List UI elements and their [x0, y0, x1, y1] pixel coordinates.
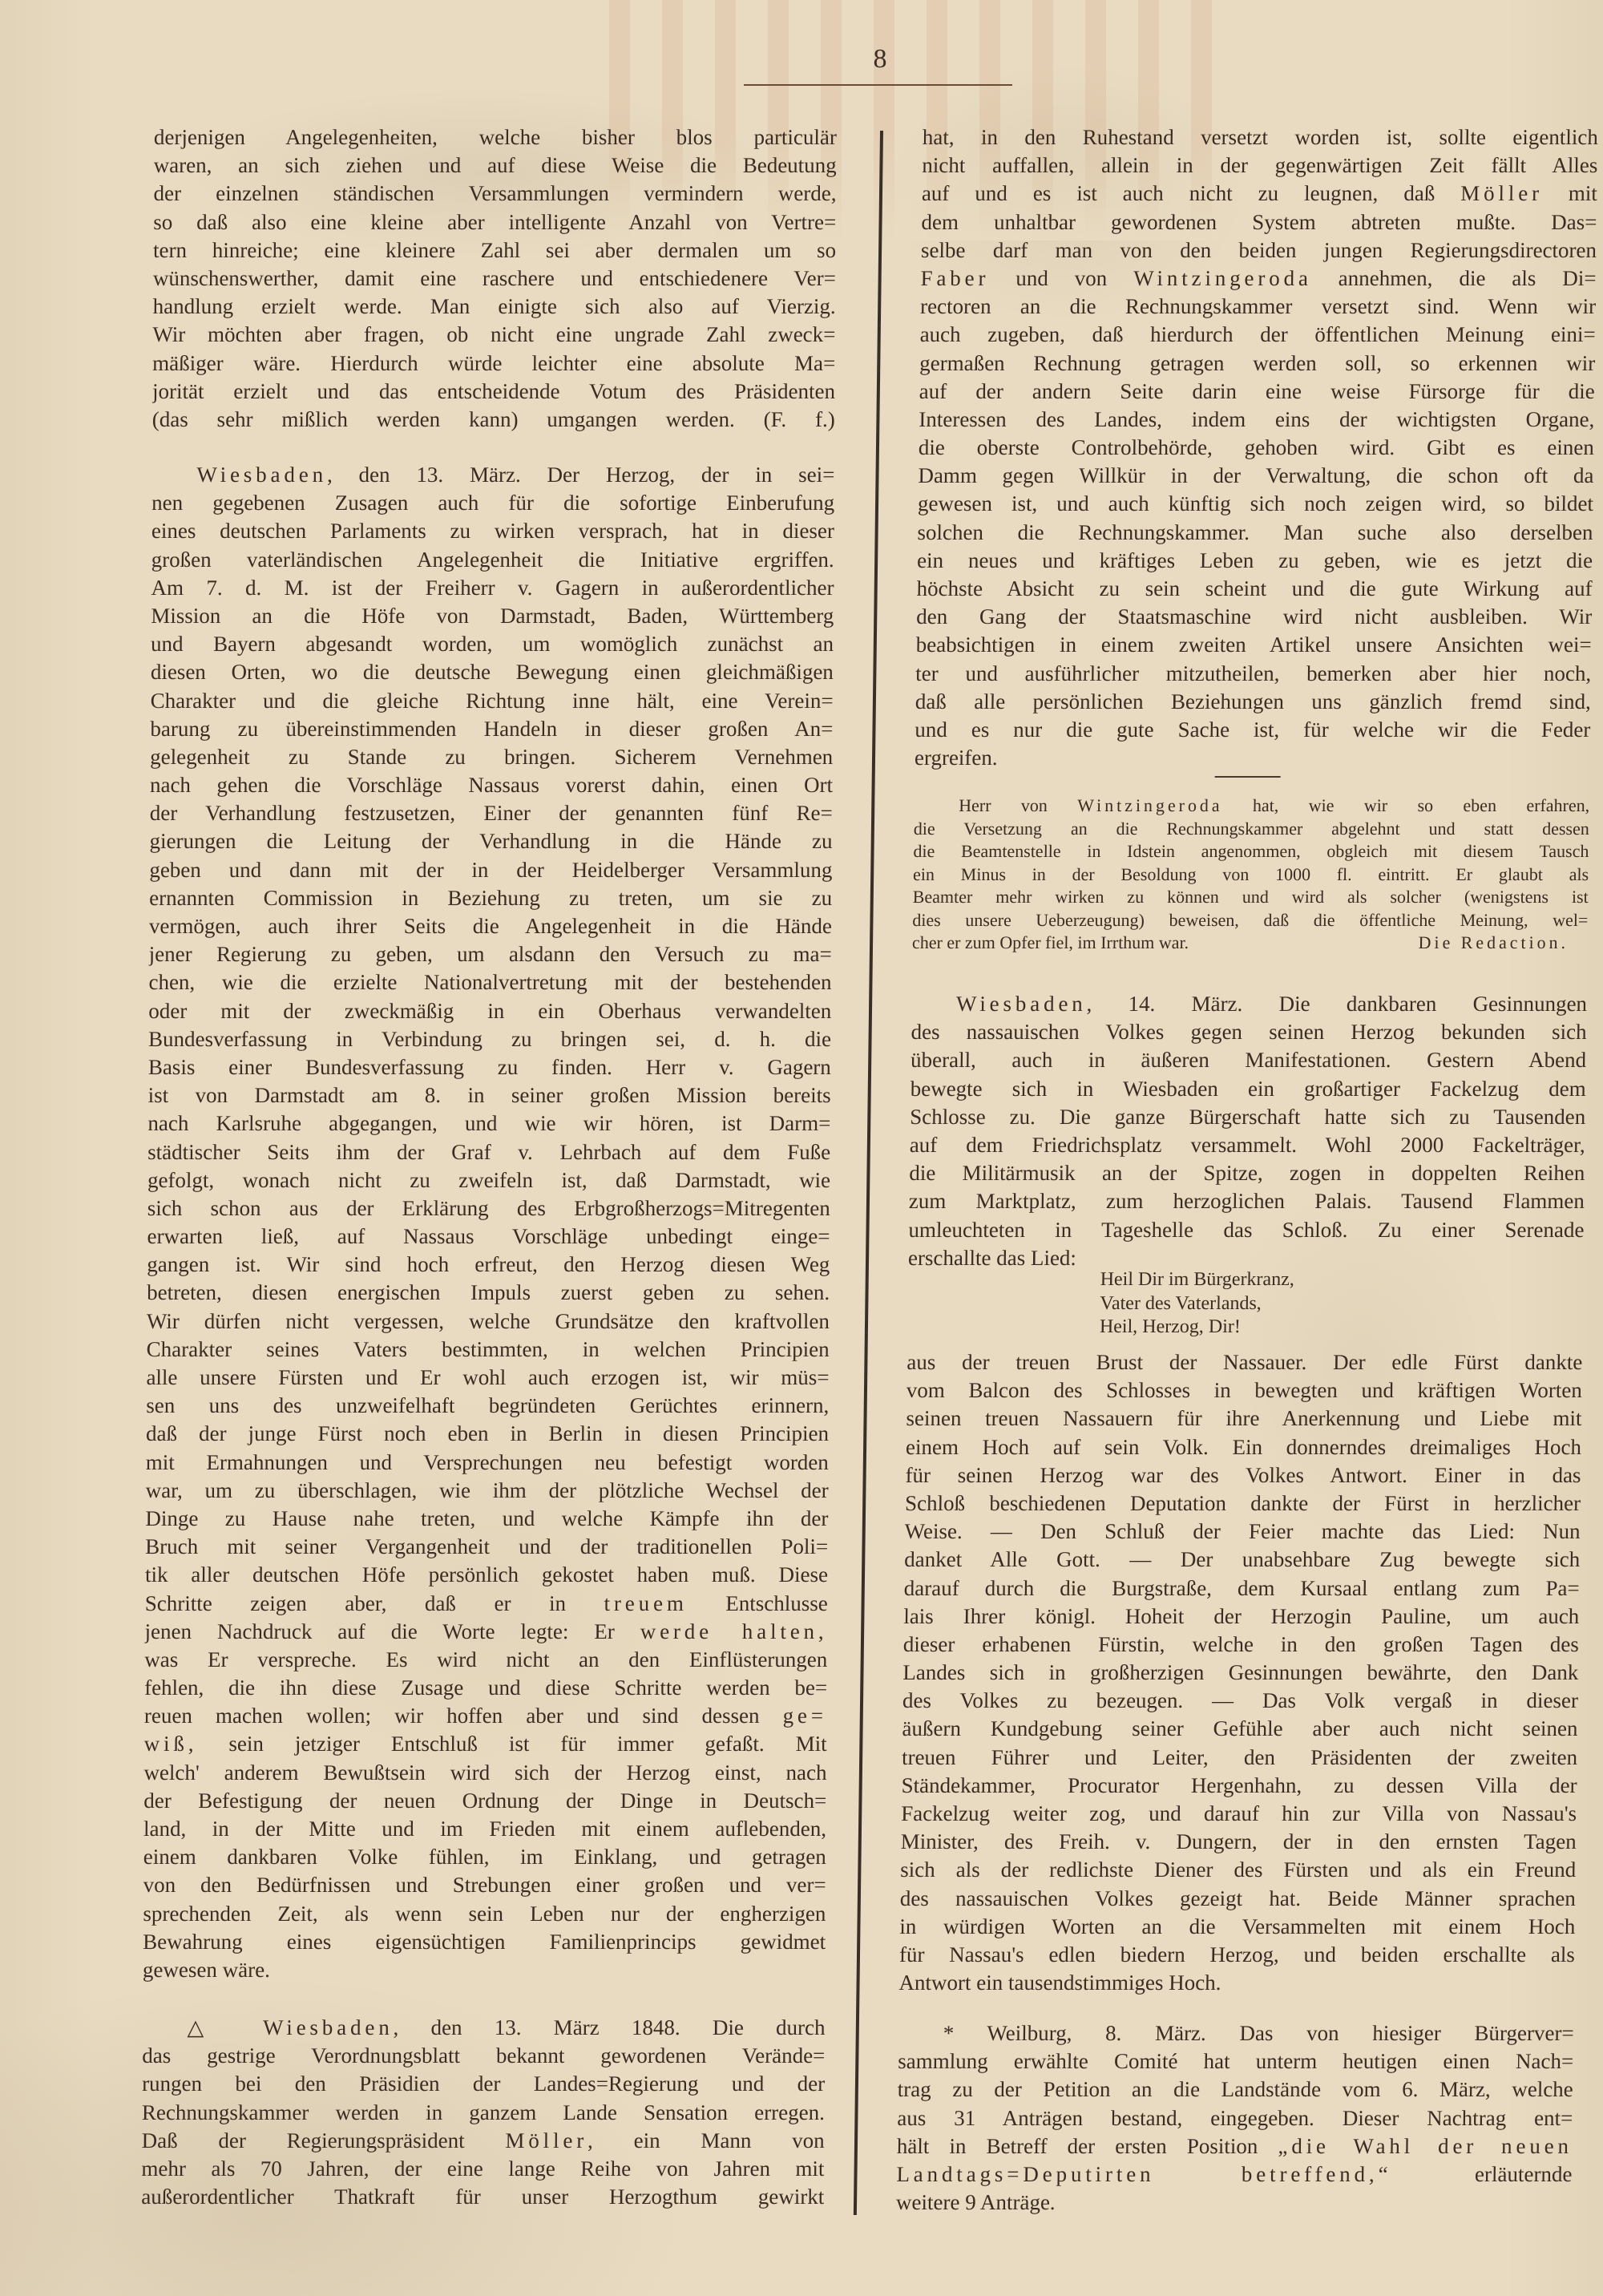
text-segment: für Nassau's edlen biedern Herzog, und b…: [899, 1942, 1575, 1967]
text-segment: germaßen Rechnung getragen werden soll, …: [919, 351, 1595, 375]
text-segment: erwarten ließ, auf Nassaus Vorschläge un…: [147, 1224, 830, 1248]
text-line: waren, an sich ziehen und auf diese Weis…: [154, 152, 837, 180]
text-line: reuen machen wollen; wir hoffen aber und…: [144, 1702, 827, 1730]
text-line: Faber und von Wintzingeroda annehmen, di…: [920, 265, 1596, 293]
text-line: bewegte sich in Wiesbaden ein großartige…: [910, 1075, 1585, 1103]
text-line: erwarten ließ, auf Nassaus Vorschläge un…: [147, 1223, 830, 1251]
text-line: überall, auch in äußeren Manifestationen…: [911, 1046, 1586, 1074]
text-line: barung zu übereinstimmenden Handeln in d…: [150, 715, 833, 743]
text-segment: ein neues und kräftiges Leben zu geben, …: [917, 548, 1593, 572]
text-segment: Mission an die Höfe von Darmstadt, Baden…: [151, 604, 834, 628]
text-segment: die Militärmusik an der Spitze, zogen in…: [909, 1161, 1585, 1185]
text-line: in würdigen Worten an die Versammelten m…: [899, 1913, 1575, 1941]
text-segment: * Weilburg, 8. März. Das von hiesiger Bü…: [943, 2021, 1573, 2045]
text-line: rectoren an die Rechnungskammer versetzt…: [920, 293, 1596, 321]
text-segment: ist von Darmstadt am 8. in seiner großen…: [148, 1083, 831, 1107]
text-segment: der Verhandlung festzusetzen, Einer der …: [150, 801, 833, 825]
text-segment: Heil, Herzog, Dir!: [1100, 1316, 1241, 1337]
text-line: mehr als 70 Jahren, der eine lange Reihe…: [141, 2155, 824, 2183]
text-line: und es nur die gute Sache ist, für welch…: [915, 716, 1590, 744]
text-segment: gangen ist. Wir sind hoch erfreut, den H…: [147, 1252, 830, 1276]
emphasized-text: „die Wahl der neuen: [1278, 2134, 1573, 2158]
text-line: Bewahrung eines eigensüchtigen Familienp…: [143, 1928, 826, 1956]
text-segment: äußern Kundgebung seiner Gefühle aber au…: [902, 1716, 1577, 1740]
text-segment: in würdigen Worten an die Versammelten m…: [899, 1914, 1575, 1938]
text-line: Beamter mehr wirken zu können und wird a…: [913, 886, 1589, 909]
text-segment: die oberste Controlbehörde, gehoben wird…: [919, 435, 1594, 459]
text-segment: die Versetzung an die Rechnungskammer ab…: [914, 819, 1589, 839]
text-line: von den Bedürfnissen und Strebungen eine…: [143, 1871, 826, 1899]
text-segment: dem unhaltbar gewordenen System abtreten…: [921, 210, 1597, 234]
text-segment: , ein Mann von: [587, 2128, 825, 2152]
text-segment: seinen treuen Nassauern für ihre Anerken…: [906, 1406, 1581, 1430]
text-line: △ Wiesbaden, den 13. März 1848. Die durc…: [142, 2014, 825, 2042]
text-segment: Landes sich in großherzigen Gesinnungen …: [902, 1660, 1578, 1684]
text-line: Antwort ein tausendstimmiges Hoch.: [898, 1969, 1574, 1997]
text-segment: Rechnungskammer werden in ganzem Lande S…: [142, 2100, 825, 2124]
text-line: umleuchteten in Tageshelle das Schloß. Z…: [908, 1216, 1584, 1244]
article-wiesbaden-14-maerz: Wiesbaden, 14. März. Die dankbaren Gesin…: [908, 990, 1587, 1272]
text-segment: Weise. — Den Schluß der Feier machte das…: [904, 1519, 1580, 1543]
text-segment: △: [187, 2015, 263, 2039]
text-segment: gelegenheit zu Stande zu bringen. Sicher…: [150, 745, 833, 769]
text-segment: welch' anderem Bewußtsein wird sich der …: [143, 1760, 826, 1785]
text-segment: sein jetziger Entschluß ist für immer ge…: [197, 1732, 826, 1756]
text-line: handlung erzielt werde. Man einigte sich…: [153, 293, 836, 321]
text-line: Charakter seines Vaters bestimmten, in w…: [147, 1336, 830, 1364]
emphasized-text: werde halten,: [640, 1619, 828, 1643]
text-line: gefolgt, wonach nicht zu zweifeln ist, d…: [147, 1166, 830, 1194]
text-segment: Antwort ein tausendstimmiges Hoch.: [898, 1971, 1221, 1995]
emphasized-text: Wintzingeroda: [1133, 266, 1312, 290]
text-line: (das sehr mißlich werden kann) umgangen …: [152, 406, 835, 434]
text-line: betreten, diesen energischen Impuls zuer…: [147, 1279, 830, 1307]
emphasized-text: Wiesbaden: [263, 2015, 394, 2039]
text-line: äußern Kundgebung seiner Gefühle aber au…: [902, 1715, 1577, 1743]
text-segment: sprechenden Zeit, als wenn sein Leben nu…: [143, 1902, 826, 1926]
text-line: land, in der Mitte und im Frieden mit ei…: [143, 1815, 826, 1843]
text-line: Bruch mit seiner Vergangenheit und der t…: [145, 1533, 828, 1561]
text-line: nach Karlsruhe abgegangen, und wie wir h…: [147, 1110, 830, 1138]
text-line: Dinge zu Hause nahe treten, und welche K…: [145, 1505, 828, 1533]
text-line: auf dem Friedrichsplatz versammelt. Wohl…: [910, 1131, 1585, 1159]
text-segment: erläuternde: [1391, 2162, 1572, 2186]
text-segment: reuen machen wollen; wir hoffen aber und…: [144, 1704, 783, 1728]
text-line: germaßen Rechnung getragen werden soll, …: [919, 350, 1595, 378]
text-segment: Bewahrung eines eigensüchtigen Familienp…: [143, 1930, 826, 1954]
text-segment: diesen Orten, wo die deutsche Bewegung e…: [151, 660, 834, 684]
text-segment: mit: [1543, 181, 1597, 205]
text-segment: Entschlusse: [688, 1591, 828, 1615]
column-right: hat, in den Ruhestand versetzt worden is…: [895, 0, 1600, 2296]
emphasized-text: Wiesbaden: [956, 992, 1087, 1016]
text-segment: ein Minus in der Besoldung von 1000 fl. …: [913, 864, 1589, 884]
text-segment: gewesen ist, und auch künftig sich noch …: [918, 491, 1593, 515]
text-line: Wiesbaden, 14. März. Die dankbaren Gesin…: [911, 990, 1587, 1018]
text-line: Weise. — Den Schluß der Feier machte das…: [904, 1518, 1580, 1546]
text-segment: jorität erzielt und das entscheidende Vo…: [152, 379, 835, 403]
text-line: Wiesbaden, den 13. März. Der Herzog, der…: [151, 461, 834, 489]
text-segment: nach gehen die Vorschläge Nassaus vorers…: [150, 773, 833, 797]
text-line: ist von Darmstadt am 8. in seiner großen…: [148, 1081, 831, 1110]
text-line: Damm gegen Willkür in der Verwaltung, di…: [918, 462, 1593, 490]
text-segment: treuen Führer und Leiter, den Präsidente…: [902, 1745, 1577, 1769]
text-line: Heil Dir im Bürgerkranz,: [907, 1268, 1583, 1292]
text-line: was Er verspreche. Es wird nicht an den …: [144, 1646, 827, 1674]
text-segment: jenen Nachdruck auf die Worte legte: Er: [144, 1619, 640, 1643]
text-segment: trag zu der Petition an die Landstände v…: [898, 2077, 1573, 2101]
text-segment: weitere 9 Anträge.: [896, 2190, 1056, 2214]
text-segment: sich schon aus der Erklärung des Erbgroß…: [147, 1196, 830, 1220]
text-segment: höchste Absicht zu sein scheint und die …: [916, 576, 1592, 600]
text-segment: Ständekammer, Procurator Hergenhahn, zu …: [901, 1773, 1577, 1797]
text-segment: Wir möchten aber fragen, ob nicht eine u…: [152, 322, 835, 346]
text-segment: was Er verspreche. Es wird nicht an den …: [144, 1647, 827, 1671]
text-segment: annehmen, die als Di=: [1312, 266, 1597, 290]
text-segment: Beamter mehr wirken zu können und wird a…: [913, 887, 1589, 907]
text-line: auch zugeben, daß hierdurch der öffentli…: [919, 321, 1595, 349]
text-segment: städtischer Seits ihm der Graf v. Lehrba…: [147, 1140, 830, 1164]
text-segment: einem Hoch auf sein Volk. Ein donnerndes…: [906, 1435, 1581, 1459]
text-segment: , 14. März. Die dankbaren Gesinnungen: [1086, 992, 1587, 1016]
text-segment: danket Alle Gott. — Der unabsehbare Zug …: [904, 1547, 1580, 1571]
text-segment: vom Balcon des Schlosses in bewegten und…: [906, 1378, 1582, 1402]
text-segment: daß der junge Fürst noch eben in Berlin …: [146, 1421, 829, 1445]
text-line: einem Hoch auf sein Volk. Ein donnerndes…: [906, 1433, 1581, 1461]
text-line: ergreifen.: [915, 744, 1590, 772]
text-line: gewesen wäre.: [143, 1956, 826, 1984]
text-segment: gewesen wäre.: [143, 1958, 270, 1982]
text-segment: betreten, diesen energischen Impuls zuer…: [147, 1280, 830, 1304]
text-segment: gefolgt, wonach nicht zu zweifeln ist, d…: [147, 1168, 830, 1192]
text-line: auf und es ist auch nicht zu leugnen, da…: [922, 180, 1597, 208]
text-segment: auch zugeben, daß hierdurch der öffentli…: [919, 322, 1595, 346]
article-wiesbaden-13-maerz-1848: △ Wiesbaden, den 13. März 1848. Die durc…: [141, 2014, 826, 2211]
text-segment: barung zu übereinstimmenden Handeln in d…: [150, 717, 833, 741]
text-line: Vater des Vaterlands,: [907, 1292, 1583, 1316]
text-line: chen, wie die erzielte Nationalvertretun…: [148, 968, 831, 996]
text-line: die oberste Controlbehörde, gehoben wird…: [919, 434, 1594, 462]
article-wiesbaden-13-maerz: Wiesbaden, den 13. März. Der Herzog, der…: [143, 461, 835, 1984]
text-segment: Vater des Vaterlands,: [1100, 1293, 1262, 1314]
text-line: zum Marktplatz, zum herzoglichen Palais.…: [909, 1187, 1585, 1215]
text-segment: bewegte sich in Wiesbaden ein großartige…: [911, 1077, 1586, 1101]
text-segment: ernannten Commission in Beziehung zu tre…: [149, 886, 832, 910]
emphasized-text: ge=: [783, 1704, 827, 1728]
text-segment: Schritte zeigen aber, daß er in: [145, 1591, 604, 1615]
text-line: trag zu der Petition an die Landstände v…: [898, 2076, 1573, 2104]
article-wiesbaden-14-maerz-continued: aus der treuen Brust der Nassauer. Der e…: [898, 1348, 1582, 1997]
text-segment: Dinge zu Hause nahe treten, und welche K…: [145, 1506, 828, 1530]
text-line: treuen Führer und Leiter, den Präsidente…: [902, 1744, 1577, 1772]
text-line: die Militärmusik an der Spitze, zogen in…: [909, 1159, 1585, 1187]
text-segment: cher er zum Opfer fiel, im Irrthum war.: [912, 932, 1189, 952]
text-line: auf der andern Seite darin eine weise Fü…: [919, 378, 1595, 406]
text-line: dies unsere Ueberzeugung) beweisen, daß …: [912, 909, 1588, 932]
text-segment: ergreifen.: [915, 746, 998, 770]
text-line: dem unhaltbar gewordenen System abtreten…: [921, 208, 1597, 236]
text-segment: wünschenswerther, damit eine raschere un…: [153, 266, 836, 290]
text-segment: außerordentlicher Thatkraft für unser He…: [141, 2185, 824, 2209]
text-segment: aus 31 Anträgen bestand, eingegeben. Die…: [897, 2106, 1573, 2130]
text-segment: nen gegebenen Zusagen auch für die sofor…: [151, 491, 834, 515]
text-segment: überall, auch in äußeren Manifestationen…: [911, 1048, 1586, 1072]
text-segment: eines deutschen Parlaments zu wirken ver…: [151, 519, 834, 543]
page-number: 8: [856, 40, 904, 79]
text-segment: nicht auffallen, allein in der gegenwärt…: [922, 153, 1597, 177]
text-line: eines deutschen Parlaments zu wirken ver…: [151, 517, 834, 545]
text-line: ter und ausführlicher mitzutheilen, beme…: [915, 660, 1591, 688]
text-line: nicht auffallen, allein in der gegenwärt…: [922, 152, 1597, 180]
text-line: Minister, des Freih. v. Dungern, der in …: [900, 1828, 1576, 1856]
text-line: ein Minus in der Besoldung von 1000 fl. …: [913, 863, 1589, 887]
text-segment: handlung erzielt werde. Man einigte sich…: [153, 294, 836, 318]
text-line: ein neues und kräftiges Leben zu geben, …: [917, 547, 1593, 575]
text-segment: alle unsere Fürsten und Er wohl auch erz…: [146, 1365, 829, 1389]
text-line: Interessen des Landes, indem eins der wi…: [919, 406, 1594, 434]
text-segment: solchen die Rechnungskammer. Man suche a…: [917, 520, 1593, 544]
text-line: gelegenheit zu Stande zu bringen. Sicher…: [150, 743, 833, 771]
article-continuation-ff: derjenigen Angelegenheiten, welche bishe…: [152, 123, 837, 434]
text-segment: Bundesverfassung in Verbindung zu bringe…: [148, 1027, 831, 1051]
text-line: so daß also eine kleine aber intelligent…: [153, 208, 836, 236]
text-segment: die Beamtenstelle in Idstein angenommen,…: [913, 841, 1589, 861]
emphasized-text: treuem: [604, 1591, 688, 1615]
text-line: städtischer Seits ihm der Graf v. Lehrba…: [147, 1138, 830, 1166]
text-line: Schlosse zu. Die ganze Bürgerschaft hatt…: [910, 1103, 1585, 1131]
editorial-note: Herr von Wintzingeroda hat, wie wir so e…: [912, 794, 1590, 955]
text-segment: chen, wie die erzielte Nationalvertretun…: [148, 970, 831, 994]
text-line: das gestrige Verordnungsblatt bekannt ge…: [142, 2042, 825, 2070]
text-segment: , den 13. März 1848. Die durch: [394, 2015, 826, 2039]
text-segment: großen vaterländischen Angelegenheit die…: [151, 548, 834, 572]
text-line: jener Regierung zu geben, um alsdann den…: [149, 940, 832, 968]
column-left: derjenigen Angelegenheiten, welche bishe…: [141, 0, 838, 2296]
emphasized-text: Landtags=Deputirten betreffend,“: [896, 2162, 1391, 2186]
text-segment: Charakter und die gleiche Richtung inne …: [151, 689, 834, 713]
text-line: mäßiger wäre. Hierdurch würde leichter e…: [152, 350, 835, 378]
text-line: ernannten Commission in Beziehung zu tre…: [149, 884, 832, 912]
text-line: geben und dann mit der in der Heidelberg…: [149, 856, 832, 884]
text-segment: Schloß beschiedenen Deputation dankte de…: [905, 1491, 1581, 1515]
text-line: sen uns des unzweifelhaft begründeten Ge…: [146, 1392, 829, 1420]
text-segment: gierungen die Leitung der Verhandlung in…: [149, 829, 832, 853]
text-line: daß alle persönlichen Beziehungen uns gä…: [915, 688, 1591, 716]
text-segment: Herr von: [959, 795, 1077, 815]
text-segment: für seinen Herzog war des Volkes Antwort…: [905, 1463, 1581, 1487]
text-segment: und Bayern abgesandt worden, um womöglic…: [151, 632, 834, 656]
text-segment: das gestrige Verordnungsblatt bekannt ge…: [142, 2043, 825, 2068]
text-line: des Volkes zu bezeugen. — Das Volk verga…: [902, 1687, 1578, 1715]
text-line: Basis einer Bundesverfassung zu finden. …: [148, 1053, 831, 1081]
emphasized-text: Faber: [920, 266, 989, 290]
text-line: jenen Nachdruck auf die Worte legte: Er …: [144, 1618, 827, 1646]
text-segment: Damm gegen Willkür in der Verwaltung, di…: [918, 463, 1593, 487]
text-segment: Fackelzug weiter zog, und darauf hin zur…: [901, 1801, 1577, 1825]
text-line: lais Ihrer königl. Hoheit der Herzogin P…: [903, 1603, 1579, 1631]
text-line: danket Alle Gott. — Der unabsehbare Zug …: [904, 1546, 1580, 1574]
text-segment: auf der andern Seite darin eine weise Fü…: [919, 379, 1595, 403]
text-line: gierungen die Leitung der Verhandlung in…: [149, 827, 832, 855]
text-segment: selbe darf man von den beiden jungen Reg…: [921, 238, 1597, 262]
text-line: aus 31 Anträgen bestand, eingegeben. Die…: [897, 2104, 1573, 2132]
text-segment: Basis einer Bundesverfassung zu finden. …: [148, 1055, 831, 1079]
text-line: darauf durch die Burgstraße, dem Kursaal…: [904, 1574, 1580, 1603]
text-segment: mit Ermahnungen und Versprechungen neu b…: [146, 1450, 829, 1474]
text-segment: von den Bedürfnissen und Strebungen eine…: [143, 1873, 826, 1897]
text-segment: war, um zu überschlagen, wie ihm der plö…: [146, 1478, 829, 1502]
text-line: Herr von Wintzingeroda hat, wie wir so e…: [914, 794, 1589, 818]
emphasized-text: Wintzingeroda: [1077, 795, 1223, 815]
emphasized-text: wiß,: [144, 1732, 198, 1756]
text-line: selbe darf man von den beiden jungen Reg…: [921, 236, 1597, 265]
text-line: der einzelnen ständischen Versammlungen …: [153, 180, 836, 208]
text-line: aus der treuen Brust der Nassauer. Der e…: [906, 1348, 1582, 1376]
text-segment: land, in der Mitte und im Frieden mit ei…: [143, 1817, 826, 1841]
text-line: den Gang der Staatsmaschine wird nicht a…: [916, 603, 1592, 631]
text-segment: erschallte das Lied:: [908, 1246, 1076, 1270]
text-line: sammlung erwählte Comité hat unterm heut…: [898, 2047, 1573, 2076]
text-segment: auf dem Friedrichsplatz versammelt. Wohl…: [910, 1133, 1585, 1157]
text-line: alle unsere Fürsten und Er wohl auch erz…: [146, 1364, 829, 1392]
text-line: Bundesverfassung in Verbindung zu bringe…: [148, 1025, 831, 1053]
text-line: des nassauischen Volkes gegen seinen Her…: [911, 1018, 1586, 1046]
text-line: wiß, sein jetziger Entschluß ist für imm…: [144, 1730, 827, 1758]
text-segment: Charakter seines Vaters bestimmten, in w…: [147, 1337, 830, 1361]
text-segment: ter und ausführlicher mitzutheilen, beme…: [915, 661, 1591, 685]
text-segment: Am 7. d. M. ist der Freiherr v. Gagern i…: [151, 576, 834, 600]
text-line: Mission an die Höfe von Darmstadt, Baden…: [151, 602, 834, 630]
text-line: Fackelzug weiter zog, und darauf hin zur…: [901, 1800, 1577, 1828]
text-line: mit Ermahnungen und Versprechungen neu b…: [146, 1449, 829, 1477]
text-segment: hält in Betreff der ersten Position: [897, 2134, 1278, 2158]
text-line: Ständekammer, Procurator Hergenhahn, zu …: [901, 1772, 1577, 1800]
text-segment: des nassauischen Volkes gegen seinen Her…: [911, 1020, 1586, 1044]
separator-rule: [1215, 776, 1281, 778]
text-line: daß der junge Fürst noch eben in Berlin …: [146, 1420, 829, 1448]
text-line: für Nassau's edlen biedern Herzog, und b…: [899, 1941, 1575, 1969]
text-segment: rungen bei den Präsidien der Landes=Regi…: [142, 2072, 825, 2096]
text-line: jorität erzielt und das entscheidende Vo…: [152, 378, 835, 406]
text-line: Die Redaction.cher er zum Opfer fiel, im…: [912, 932, 1588, 955]
text-segment: , den 13. März. Der Herzog, der in sei=: [327, 463, 835, 487]
text-segment: so daß also eine kleine aber intelligent…: [153, 210, 836, 234]
text-line: Daß der Regierungspräsident Möller, ein …: [142, 2127, 825, 2155]
text-line: sich als der redlichste Diener des Fürst…: [900, 1856, 1576, 1884]
text-segment: darauf durch die Burgstraße, dem Kursaal…: [904, 1576, 1580, 1600]
text-line: gangen ist. Wir sind hoch erfreut, den H…: [147, 1251, 830, 1279]
text-line: diesen Orten, wo die deutsche Bewegung e…: [151, 658, 834, 686]
text-line: welch' anderem Bewußtsein wird sich der …: [143, 1759, 826, 1787]
text-line: Wir möchten aber fragen, ob nicht eine u…: [152, 321, 835, 349]
text-line: für seinen Herzog war des Volkes Antwort…: [905, 1461, 1581, 1490]
text-segment: geben und dann mit der in der Heidelberg…: [149, 858, 832, 882]
text-segment: Heil Dir im Bürgerkranz,: [1100, 1269, 1294, 1290]
text-line: nach gehen die Vorschläge Nassaus vorers…: [150, 771, 833, 799]
text-segment: daß alle persönlichen Beziehungen uns gä…: [915, 689, 1591, 713]
text-segment: rectoren an die Rechnungskammer versetzt…: [920, 294, 1596, 318]
text-segment: mäßiger wäre. Hierdurch würde leichter e…: [152, 351, 835, 375]
emphasized-text: Möller: [1460, 181, 1543, 205]
text-segment: Wir dürfen nicht vergessen, welche Grund…: [147, 1309, 830, 1333]
text-line: wünschenswerther, damit eine raschere un…: [153, 265, 836, 293]
text-line: Landtags=Deputirten betreffend,“ erläute…: [896, 2161, 1572, 2189]
text-segment: beabsichtigen in einem zweiten Artikel u…: [916, 633, 1592, 657]
text-segment: Daß der Regierungspräsident: [142, 2128, 506, 2152]
text-line: hat, in den Ruhestand versetzt worden is…: [923, 123, 1598, 152]
text-line: war, um zu überschlagen, wie ihm der plö…: [146, 1477, 829, 1505]
emphasized-text: Die Redaction.: [1418, 932, 1569, 955]
text-line: vermögen, auch ihrer Seits die Angelegen…: [149, 912, 832, 940]
text-segment: oder mit der zweckmäßig in ein Oberhaus …: [148, 999, 831, 1023]
text-segment: (das sehr mißlich werden kann) umgangen …: [152, 407, 835, 431]
text-segment: aus der treuen Brust der Nassauer. Der e…: [906, 1350, 1582, 1374]
text-line: oder mit der zweckmäßig in ein Oberhaus …: [148, 997, 831, 1025]
text-segment: des nassauischen Volkes gezeigt hat. Bei…: [900, 1886, 1576, 1910]
text-segment: auf und es ist auch nicht zu leugnen, da…: [922, 181, 1461, 205]
text-line: Landes sich in großherzigen Gesinnungen …: [902, 1659, 1578, 1687]
text-segment: fehlen, die ihn diese Zusage und diese S…: [144, 1676, 827, 1700]
text-segment: Schlosse zu. Die ganze Bürgerschaft hatt…: [910, 1105, 1585, 1129]
text-segment: derjenigen Angelegenheiten, welche bishe…: [154, 125, 837, 149]
emphasized-text: Wiesbaden: [196, 463, 327, 487]
text-line: Schritte zeigen aber, daß er in treuem E…: [145, 1590, 828, 1618]
text-segment: jener Regierung zu geben, um alsdann den…: [149, 942, 832, 966]
text-line: fehlen, die ihn diese Zusage und diese S…: [144, 1674, 827, 1702]
text-line: tik aller deutschen Höfe persönlich geko…: [145, 1561, 828, 1589]
text-segment: lais Ihrer königl. Hoheit der Herzogin P…: [903, 1604, 1579, 1628]
text-segment: Minister, des Freih. v. Dungern, der in …: [901, 1829, 1577, 1853]
text-line: weitere 9 Anträge.: [896, 2189, 1572, 2217]
text-line: nen gegebenen Zusagen auch für die sofor…: [151, 489, 834, 517]
text-segment: umleuchteten in Tageshelle das Schloß. Z…: [908, 1218, 1584, 1242]
text-line: Heil, Herzog, Dir!: [907, 1316, 1583, 1340]
text-line: hält in Betreff der ersten Position „die…: [897, 2132, 1573, 2161]
text-line: gewesen ist, und auch künftig sich noch …: [918, 490, 1593, 518]
text-line: solchen die Rechnungskammer. Man suche a…: [917, 519, 1593, 547]
text-segment: dies unsere Ueberzeugung) beweisen, daß …: [912, 910, 1588, 930]
text-line: der Befestigung der neuen Ordnung der Di…: [143, 1787, 826, 1815]
text-segment: hat, in den Ruhestand versetzt worden is…: [923, 125, 1598, 149]
text-line: die Beamtenstelle in Idstein angenommen,…: [913, 840, 1589, 863]
text-line: sich schon aus der Erklärung des Erbgroß…: [147, 1194, 830, 1223]
text-line: sprechenden Zeit, als wenn sein Leben nu…: [143, 1900, 826, 1928]
song-verse: Heil Dir im Bürgerkranz,Vater des Vaterl…: [907, 1268, 1584, 1340]
text-segment: tern hinreiche; eine kleinere Zahl sei a…: [153, 238, 836, 262]
text-segment: Interessen des Landes, indem eins der wi…: [919, 407, 1594, 431]
text-line: außerordentlicher Thatkraft für unser He…: [141, 2183, 824, 2211]
text-line: beabsichtigen in einem zweiten Artikel u…: [916, 631, 1592, 659]
text-line: * Weilburg, 8. März. Das von hiesiger Bü…: [898, 2019, 1573, 2047]
text-segment: der Befestigung der neuen Ordnung der Di…: [143, 1789, 826, 1813]
text-line: vom Balcon des Schlosses in bewegten und…: [906, 1376, 1582, 1405]
emphasized-text: Möller: [505, 2128, 587, 2152]
text-segment: waren, an sich ziehen und auf diese Weis…: [154, 153, 837, 177]
text-line: des nassauischen Volkes gezeigt hat. Bei…: [900, 1885, 1576, 1913]
text-segment: tik aller deutschen Höfe persönlich geko…: [145, 1562, 828, 1587]
text-segment: und von: [989, 266, 1133, 290]
text-line: die Versetzung an die Rechnungskammer ab…: [914, 818, 1589, 841]
article-continuation-moeller: hat, in den Ruhestand versetzt worden is…: [915, 123, 1598, 772]
text-segment: und es nur die gute Sache ist, für welch…: [915, 717, 1590, 742]
text-line: dieser erhabenen Fürstin, welche in den …: [903, 1631, 1579, 1659]
text-line: und Bayern abgesandt worden, um womöglic…: [151, 630, 834, 658]
text-line: großen vaterländischen Angelegenheit die…: [151, 546, 834, 574]
text-line: Rechnungskammer werden in ganzem Lande S…: [142, 2099, 825, 2127]
text-segment: den Gang der Staatsmaschine wird nicht a…: [916, 604, 1592, 629]
text-segment: zum Marktplatz, zum herzoglichen Palais.…: [909, 1189, 1585, 1213]
text-segment: der einzelnen ständischen Versammlungen …: [153, 181, 836, 205]
